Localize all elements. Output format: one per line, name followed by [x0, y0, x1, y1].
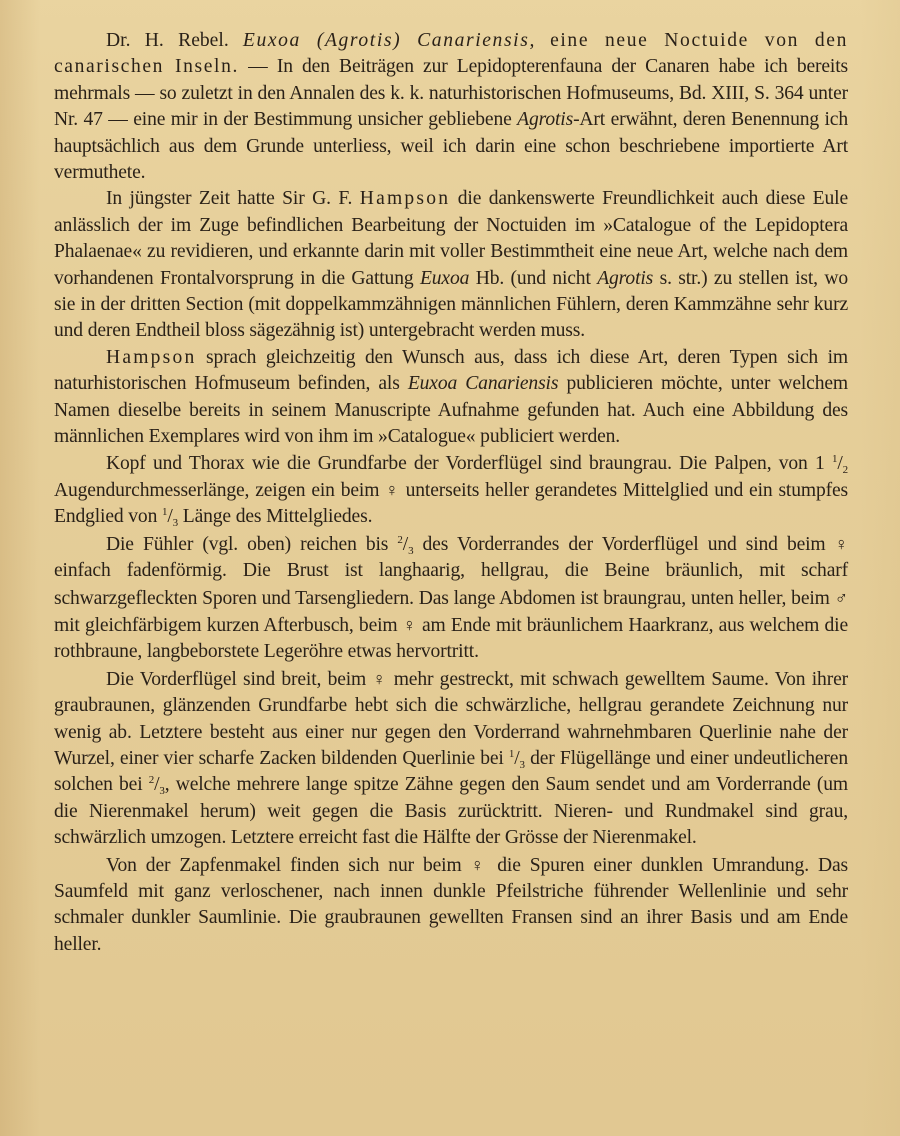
- paragraph-text: Hb. (und nicht: [469, 268, 597, 289]
- paragraph-hampson-revision: In jüngster Zeit hatte Sir G. F. Hampson…: [54, 186, 848, 344]
- paragraph-text: In jüngster Zeit hatte Sir G. F.: [106, 188, 360, 209]
- fraction-whole: 1: [815, 453, 825, 474]
- paragraph-text: mit gleichfärbigem kurzen Afterbusch, be…: [54, 615, 403, 636]
- person-name: Hampson: [106, 347, 197, 368]
- document-page: Dr. H. Rebel. Euxoa (Agrotis) Canariensi…: [54, 28, 848, 958]
- fraction-numerator: 1: [162, 506, 167, 518]
- female-symbol-icon: ♀: [471, 855, 489, 875]
- female-symbol-icon: ♀: [385, 480, 400, 500]
- paragraph-text: Die Fühler (vgl. oben) reichen bis: [106, 534, 397, 555]
- paragraph-claviform-spot: Von der Zapfenmakel finden sich nur beim…: [54, 852, 848, 959]
- paragraph-text: Die Vorderflügel sind breit, beim: [106, 669, 372, 690]
- female-symbol-icon: ♀: [835, 534, 848, 554]
- female-symbol-icon: ♀: [372, 669, 387, 689]
- person-name: Hampson: [360, 188, 451, 209]
- species-name: Euxoa Canariensis: [408, 373, 559, 394]
- genus-name: Euxoa: [420, 268, 469, 289]
- paragraph-publication: Hampson sprach gleichzeitig den Wunsch a…: [54, 345, 848, 451]
- fraction-numerator: 2: [397, 534, 402, 546]
- genus-name: Agrotis: [597, 268, 653, 289]
- fraction-denominator: 2: [843, 464, 848, 476]
- fraction-one-third: 1/3: [162, 506, 178, 527]
- paragraph-text: Länge des Mittelgliedes.: [178, 506, 372, 527]
- paragraph-forewings: Die Vorderflügel sind breit, beim ♀ mehr…: [54, 666, 848, 852]
- author-name: Dr. H. Rebel.: [106, 30, 229, 51]
- species-title: Euxoa (Agrotis) Canariensis,: [243, 30, 536, 51]
- fraction-numerator: 1: [509, 748, 514, 760]
- genus-name: Agrotis: [517, 109, 573, 130]
- fraction-one-third: 1/3: [509, 748, 525, 769]
- fraction-numerator: 1: [832, 453, 837, 465]
- paragraph-antennae: Die Fühler (vgl. oben) reichen bis 2/3 d…: [54, 531, 848, 666]
- fraction-two-thirds: 2/3: [149, 774, 165, 795]
- fraction-two-thirds: 2/3: [397, 534, 413, 555]
- paragraph-text: einfach fadenförmig. Die Brust ist langh…: [54, 560, 848, 608]
- female-symbol-icon: ♀: [403, 615, 417, 635]
- male-symbol-icon: ♂: [835, 588, 848, 608]
- paragraph-text: , welche mehrere lange spitze Zähne gege…: [54, 774, 848, 848]
- paragraph-intro: Dr. H. Rebel. Euxoa (Agrotis) Canariensi…: [54, 28, 848, 186]
- paragraph-text: Von der Zapfenmakel finden sich nur beim: [106, 855, 471, 876]
- paragraph-text: Kopf und Thorax wie die Grundfarbe der V…: [106, 453, 815, 474]
- paragraph-head-thorax: Kopf und Thorax wie die Grundfarbe der V…: [54, 451, 848, 531]
- fraction-one-and-half: 1 1/2: [815, 453, 848, 474]
- paragraph-text: Augendurchmesserlänge, zeigen ein beim: [54, 480, 385, 501]
- fraction-numerator: 2: [149, 774, 154, 786]
- paragraph-text: des Vorderrandes der Vorderflügel und si…: [413, 534, 834, 555]
